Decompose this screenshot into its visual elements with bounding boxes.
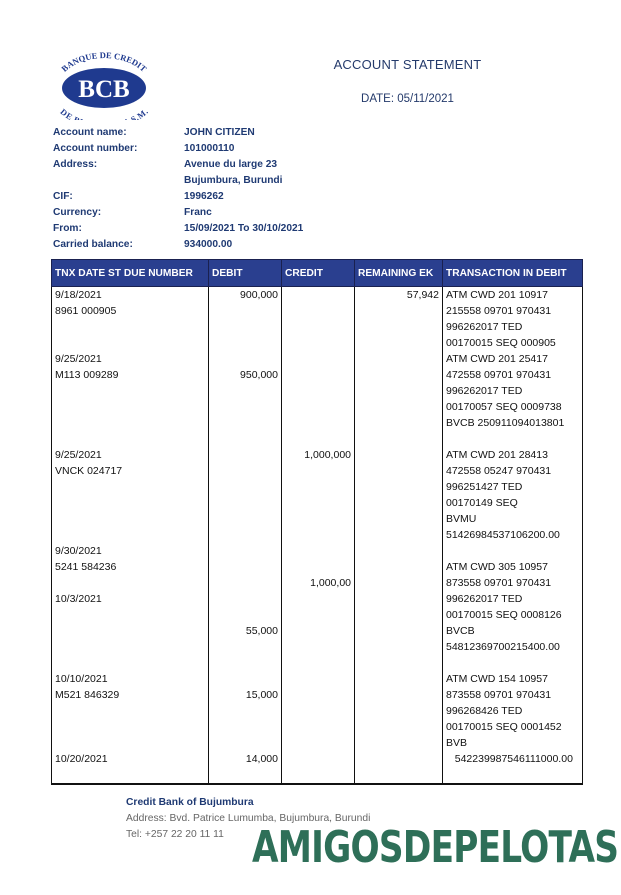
cell-line	[212, 527, 278, 543]
cell-line	[358, 735, 439, 751]
cell-line: 10/10/2021	[55, 671, 205, 687]
cell-line	[212, 639, 278, 655]
cell-line: 873558 09701 970431	[446, 687, 579, 703]
cell-line	[55, 399, 205, 415]
cell-line	[285, 719, 351, 735]
cell-line	[212, 719, 278, 735]
field-value: 934000.00	[184, 237, 384, 253]
cell-line	[212, 703, 278, 719]
cell-line	[212, 479, 278, 495]
bank-logo: BCB BANQUE DE CREDIT DE BUJUMBURA S.M.	[50, 52, 158, 120]
cell-line	[358, 303, 439, 319]
watermark: AMIGOSDEPELOTAS.COM	[252, 822, 621, 873]
cell-line: 996262017 TED	[446, 591, 579, 607]
cell-line	[212, 431, 278, 447]
account-info-row: From:15/09/2021 To 30/10/2021	[53, 221, 384, 237]
cell-line	[285, 591, 351, 607]
cell-line	[55, 383, 205, 399]
cell-line	[358, 623, 439, 639]
cell-line	[212, 495, 278, 511]
cell-line: VNCK 024717	[55, 463, 205, 479]
cell-line	[358, 687, 439, 703]
cell-line: BVCB	[446, 623, 579, 639]
cell-line	[212, 383, 278, 399]
remaining-column: 57,942	[355, 287, 443, 785]
column-header-remaining: REMAINING EK	[355, 260, 443, 287]
account-info-row: Carried balance:934000.00	[53, 237, 384, 253]
account-info-row: Bujumbura, Burundi	[53, 173, 384, 189]
cell-line: 00170015 SEQ 0008126	[446, 607, 579, 623]
field-value: 101000110	[184, 141, 384, 157]
cell-line	[55, 767, 205, 783]
cell-line	[358, 447, 439, 463]
svg-text:DE BUJUMBURA S.M.: DE BUJUMBURA S.M.	[58, 107, 149, 120]
cell-line	[358, 575, 439, 591]
date-number-column: 9/18/20218961 0009059/25/2021M113 009289…	[52, 287, 209, 785]
column-header-date: TNX DATE ST DUE NUMBER	[52, 260, 209, 287]
cell-line	[358, 703, 439, 719]
field-label: From:	[53, 221, 184, 237]
cell-line	[358, 367, 439, 383]
cell-line	[285, 511, 351, 527]
cell-line	[285, 607, 351, 623]
cell-line	[55, 415, 205, 431]
cell-line	[285, 703, 351, 719]
cell-line	[285, 351, 351, 367]
cell-line	[358, 607, 439, 623]
cell-line: 00170149 SEQ	[446, 495, 579, 511]
cell-line	[285, 735, 351, 751]
cell-line: ATM CWD 154 10957	[446, 671, 579, 687]
cell-line	[212, 655, 278, 671]
cell-line	[358, 639, 439, 655]
cell-line	[55, 335, 205, 351]
cell-line: 542239987546111000.00	[446, 751, 579, 767]
footer-bank-name: Credit Bank of Bujumbura	[126, 795, 370, 811]
cell-line	[212, 511, 278, 527]
cell-line	[212, 671, 278, 687]
credit-column: 1,000,0001,000,00	[282, 287, 355, 785]
cell-line	[285, 559, 351, 575]
cell-line	[212, 543, 278, 559]
cell-line: 00170015 SEQ 000905	[446, 335, 579, 351]
cell-line: BVMU	[446, 511, 579, 527]
field-value: 15/09/2021 To 30/10/2021	[184, 221, 384, 237]
account-info-row: Account name:JOHN CITIZEN	[53, 125, 384, 141]
cell-line	[55, 735, 205, 751]
cell-line	[285, 767, 351, 783]
field-label: Currency:	[53, 205, 184, 221]
cell-line	[285, 687, 351, 703]
cell-line	[358, 431, 439, 447]
cell-line	[212, 335, 278, 351]
cell-line: 9/18/2021	[55, 287, 205, 303]
cell-line: 873558 09701 970431	[446, 575, 579, 591]
cell-line: BVCB 250911094013801	[446, 415, 579, 431]
cell-line	[285, 623, 351, 639]
cell-line: 9/25/2021	[55, 447, 205, 463]
cell-line	[446, 543, 579, 559]
cell-line	[358, 399, 439, 415]
cell-line: 996262017 TED	[446, 383, 579, 399]
field-label: Account number:	[53, 141, 184, 157]
cell-line	[212, 559, 278, 575]
cell-line	[55, 511, 205, 527]
cell-line	[55, 527, 205, 543]
cell-line	[55, 575, 205, 591]
cell-line	[212, 767, 278, 783]
cell-line	[358, 751, 439, 767]
cell-line	[55, 431, 205, 447]
column-header-credit: CREDIT	[282, 260, 355, 287]
cell-line	[285, 543, 351, 559]
cell-line	[212, 607, 278, 623]
cell-line	[358, 543, 439, 559]
cell-line	[212, 303, 278, 319]
svg-text:BCB: BCB	[78, 76, 129, 103]
column-header-transaction: TRANSACTION IN DEBIT	[443, 260, 583, 287]
cell-line	[55, 495, 205, 511]
cell-line	[358, 479, 439, 495]
cell-line: ATM CWD 305 10957	[446, 559, 579, 575]
cell-line	[285, 319, 351, 335]
cell-line	[55, 319, 205, 335]
field-label	[53, 173, 184, 189]
page-title: ACCOUNT STATEMENT	[300, 57, 515, 72]
cell-line	[358, 463, 439, 479]
field-label: Address:	[53, 157, 184, 173]
cell-line	[55, 639, 205, 655]
cell-line: 950,000	[212, 367, 278, 383]
cell-line	[446, 431, 579, 447]
cell-line: M521 846329	[55, 687, 205, 703]
field-label: Carried balance:	[53, 237, 184, 253]
cell-line	[212, 319, 278, 335]
field-value: Franc	[184, 205, 384, 221]
cell-line	[212, 447, 278, 463]
cell-line	[358, 319, 439, 335]
transactions-table: TNX DATE ST DUE NUMBER DEBIT CREDIT REMA…	[51, 259, 583, 785]
cell-line: M113 009289	[55, 367, 205, 383]
cell-line: 215558 09701 970431	[446, 303, 579, 319]
field-value: Avenue du large 23	[184, 157, 384, 173]
cell-line: 996262017 TED	[446, 319, 579, 335]
table-header-row: TNX DATE ST DUE NUMBER DEBIT CREDIT REMA…	[52, 260, 583, 287]
account-info-row: Currency:Franc	[53, 205, 384, 221]
account-info-row: Account number:101000110	[53, 141, 384, 157]
cell-line	[285, 479, 351, 495]
cell-line	[358, 559, 439, 575]
cell-line	[285, 415, 351, 431]
cell-line	[285, 431, 351, 447]
cell-line: ATM CWD 201 25417	[446, 351, 579, 367]
cell-line	[358, 383, 439, 399]
cell-line: 00170015 SEQ 0001452	[446, 719, 579, 735]
cell-line	[212, 463, 278, 479]
cell-line	[212, 415, 278, 431]
cell-line: 1,000,000	[285, 447, 351, 463]
cell-line: 9/25/2021	[55, 351, 205, 367]
cell-line	[358, 495, 439, 511]
cell-line	[285, 287, 351, 303]
cell-line: 57,942	[358, 287, 439, 303]
cell-line	[358, 511, 439, 527]
cell-line: 5241 584236	[55, 559, 205, 575]
field-label: CIF:	[53, 189, 184, 205]
cell-line	[212, 735, 278, 751]
cell-line: 54812369700215400.00	[446, 639, 579, 655]
cell-line	[285, 495, 351, 511]
cell-line	[285, 367, 351, 383]
watermark-main: AMIGOSDEPELOTAS	[252, 822, 618, 873]
cell-line	[285, 751, 351, 767]
cell-line	[285, 399, 351, 415]
cell-line: 51426984537106200.00	[446, 527, 579, 543]
cell-line: 472558 09701 970431	[446, 367, 579, 383]
cell-line	[358, 351, 439, 367]
cell-line	[55, 607, 205, 623]
cell-line: BVB	[446, 735, 579, 751]
cell-line: 996251427 TED	[446, 479, 579, 495]
column-header-debit: DEBIT	[209, 260, 282, 287]
cell-line: 8961 000905	[55, 303, 205, 319]
cell-line: 00170057 SEQ 0009738	[446, 399, 579, 415]
cell-line	[358, 671, 439, 687]
cell-line: 900,000	[212, 287, 278, 303]
cell-line	[285, 463, 351, 479]
cell-line	[285, 655, 351, 671]
cell-line: 1,000,00	[285, 575, 351, 591]
cell-line	[55, 623, 205, 639]
cell-line	[358, 415, 439, 431]
cell-line	[358, 767, 439, 783]
cell-line	[212, 591, 278, 607]
cell-line: 10/3/2021	[55, 591, 205, 607]
cell-line	[285, 335, 351, 351]
cell-line: 9/30/2021	[55, 543, 205, 559]
cell-line: 996268426 TED	[446, 703, 579, 719]
cell-line: ATM CWD 201 28413	[446, 447, 579, 463]
debit-column: 900,000950,00055,00015,00014,000	[209, 287, 282, 785]
cell-line	[55, 719, 205, 735]
cell-line	[212, 399, 278, 415]
field-value: 1996262	[184, 189, 384, 205]
cell-line	[285, 639, 351, 655]
cell-line	[358, 335, 439, 351]
field-label: Account name:	[53, 125, 184, 141]
cell-line	[285, 671, 351, 687]
cell-line	[358, 655, 439, 671]
cell-line: 10/20/2021	[55, 751, 205, 767]
cell-line: 15,000	[212, 687, 278, 703]
cell-line	[212, 575, 278, 591]
cell-line	[55, 655, 205, 671]
cell-line	[358, 719, 439, 735]
cell-line	[446, 767, 579, 783]
field-value: JOHN CITIZEN	[184, 125, 384, 141]
field-value: Bujumbura, Burundi	[184, 173, 384, 189]
transaction-column: ATM CWD 201 10917215558 09701 9704319962…	[443, 287, 583, 785]
cell-line: 14,000	[212, 751, 278, 767]
cell-line: 55,000	[212, 623, 278, 639]
statement-date: DATE: 05/11/2021	[300, 93, 515, 105]
cell-line	[285, 303, 351, 319]
cell-line	[212, 351, 278, 367]
cell-line	[285, 383, 351, 399]
account-info: Account name:JOHN CITIZEN Account number…	[53, 125, 384, 253]
account-info-row: CIF:1996262	[53, 189, 384, 205]
cell-line: ATM CWD 201 10917	[446, 287, 579, 303]
account-info-row: Address:Avenue du large 23	[53, 157, 384, 173]
cell-line	[358, 591, 439, 607]
cell-line	[55, 703, 205, 719]
cell-line	[55, 479, 205, 495]
cell-line	[446, 655, 579, 671]
cell-line	[358, 527, 439, 543]
cell-line	[285, 527, 351, 543]
cell-line: 472558 05247 970431	[446, 463, 579, 479]
table-body-row: 9/18/20218961 0009059/25/2021M113 009289…	[52, 287, 583, 785]
